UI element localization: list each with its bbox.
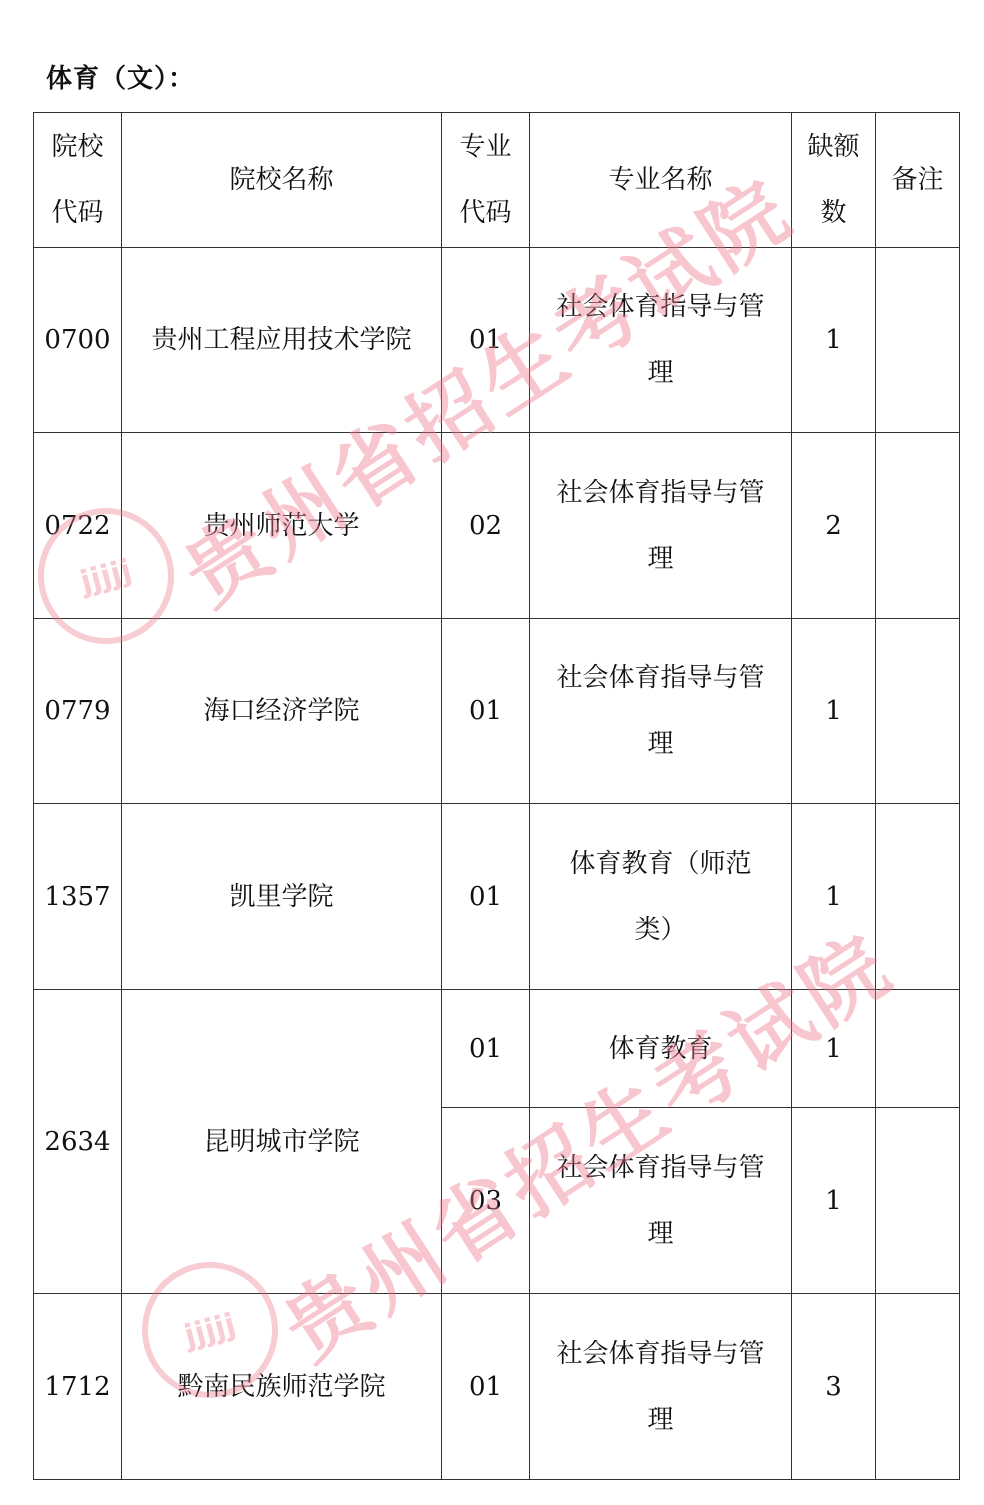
table-row: 0722 贵州师范大学 02 社会体育指导与管理 2 — [34, 433, 960, 619]
header-vacancy: 缺额数 — [792, 113, 876, 248]
major-code: 01 — [442, 990, 530, 1108]
major-name: 社会体育指导与管理 — [530, 248, 792, 433]
major-name: 社会体育指导与管理 — [530, 1294, 792, 1480]
major-name: 社会体育指导与管理 — [530, 619, 792, 804]
remarks — [876, 1294, 960, 1480]
remarks — [876, 990, 960, 1108]
vacancy-count: 2 — [792, 433, 876, 619]
table-row: 0700 贵州工程应用技术学院 01 社会体育指导与管理 1 — [34, 248, 960, 433]
remarks — [876, 433, 960, 619]
major-code: 02 — [442, 433, 530, 619]
vacancy-count: 1 — [792, 804, 876, 990]
vacancy-table: 院校代码 院校名称 专业代码 专业名称 缺额数 备注 0700 贵州工程应用技术… — [33, 112, 960, 1480]
table-row: 2634 昆明城市学院 01 体育教育 1 — [34, 990, 960, 1108]
major-name: 社会体育指导与管理 — [530, 1108, 792, 1294]
school-code: 1357 — [34, 804, 122, 990]
major-name: 体育教育 — [530, 990, 792, 1108]
remarks — [876, 619, 960, 804]
vacancy-count: 3 — [792, 1294, 876, 1480]
header-school-name: 院校名称 — [122, 113, 442, 248]
header-major-name: 专业名称 — [530, 113, 792, 248]
section-title: 体育（文）： — [46, 58, 195, 95]
remarks — [876, 1108, 960, 1294]
vacancy-count: 1 — [792, 990, 876, 1108]
major-name: 社会体育指导与管理 — [530, 433, 792, 619]
school-name: 凯里学院 — [122, 804, 442, 990]
major-code: 01 — [442, 1294, 530, 1480]
school-code: 1712 — [34, 1294, 122, 1480]
header-row: 院校代码 院校名称 专业代码 专业名称 缺额数 备注 — [34, 113, 960, 248]
major-code: 01 — [442, 804, 530, 990]
school-name: 海口经济学院 — [122, 619, 442, 804]
school-code: 2634 — [34, 990, 122, 1294]
school-code: 0700 — [34, 248, 122, 433]
school-name: 贵州师范大学 — [122, 433, 442, 619]
vacancy-count: 1 — [792, 1108, 876, 1294]
vacancy-count: 1 — [792, 619, 876, 804]
header-remarks: 备注 — [876, 113, 960, 248]
school-name: 贵州工程应用技术学院 — [122, 248, 442, 433]
remarks — [876, 248, 960, 433]
school-code: 0779 — [34, 619, 122, 804]
table-row: 0779 海口经济学院 01 社会体育指导与管理 1 — [34, 619, 960, 804]
school-name: 昆明城市学院 — [122, 990, 442, 1294]
table-row: 1712 黔南民族师范学院 01 社会体育指导与管理 3 — [34, 1294, 960, 1480]
school-code: 0722 — [34, 433, 122, 619]
header-school-code: 院校代码 — [34, 113, 122, 248]
table-row: 1357 凯里学院 01 体育教育（师范类） 1 — [34, 804, 960, 990]
vacancy-count: 1 — [792, 248, 876, 433]
school-name: 黔南民族师范学院 — [122, 1294, 442, 1480]
major-code: 01 — [442, 619, 530, 804]
major-code: 01 — [442, 248, 530, 433]
header-major-code: 专业代码 — [442, 113, 530, 248]
major-code: 03 — [442, 1108, 530, 1294]
major-name: 体育教育（师范类） — [530, 804, 792, 990]
remarks — [876, 804, 960, 990]
